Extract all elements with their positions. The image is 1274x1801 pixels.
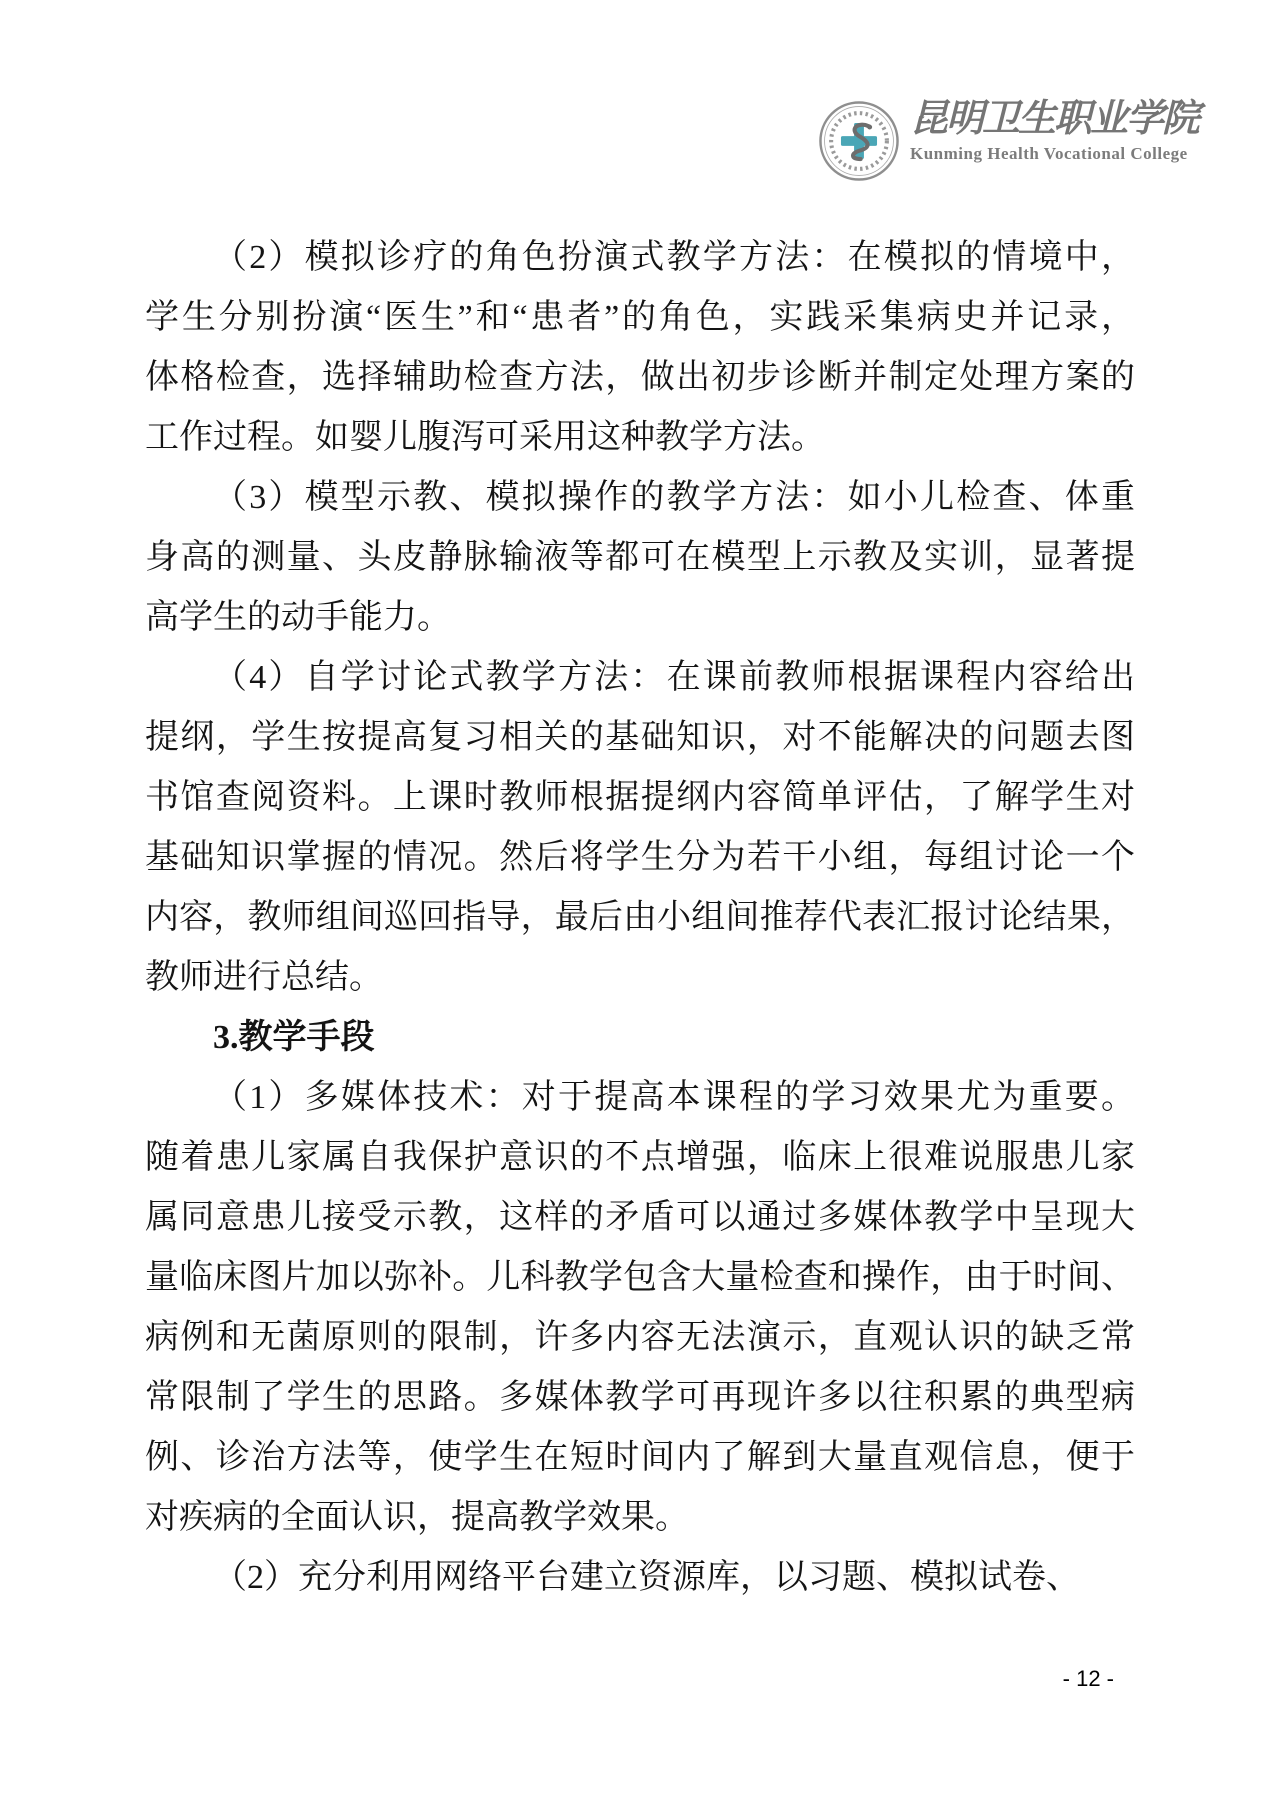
- text-line: 书馆查阅资料。上课时教师根据提纲内容简单评估，了解学生对: [145, 768, 1135, 828]
- text-line: 体格检查，选择辅助检查方法，做出初步诊断并制定处理方案的: [145, 348, 1135, 408]
- text-line: （2）充分利用网络平台建立资源库，以习题、模拟试卷、: [145, 1548, 1135, 1608]
- text-line: 常限制了学生的思路。多媒体教学可再现许多以往积累的典型病: [145, 1368, 1135, 1428]
- document-page: 昆明卫生职业学院 Kunming Health Vocational Colle…: [0, 0, 1274, 1801]
- college-header: 昆明卫生职业学院 Kunming Health Vocational Colle…: [818, 96, 1198, 182]
- document-body: （2）模拟诊疗的角色扮演式教学方法：在模拟的情境中，学生分别扮演“医生”和“患者…: [145, 228, 1135, 1608]
- text-line: 属同意患儿接受示教，这样的矛盾可以通过多媒体教学中呈现大: [145, 1188, 1135, 1248]
- college-name-en: Kunming Health Vocational College: [910, 144, 1198, 164]
- page-number: - 12 -: [1063, 1666, 1114, 1692]
- text-line: （3）模型示教、模拟操作的教学方法：如小儿检查、体重: [145, 468, 1135, 528]
- text-line: 例、诊治方法等，使学生在短时间内了解到大量直观信息，便于: [145, 1428, 1135, 1488]
- text-line: 3.教学手段: [145, 1008, 1135, 1068]
- college-name-block: 昆明卫生职业学院 Kunming Health Vocational Colle…: [910, 96, 1198, 164]
- text-line: （1）多媒体技术：对于提高本课程的学习效果尤为重要。: [145, 1068, 1135, 1128]
- text-line: （2）模拟诊疗的角色扮演式教学方法：在模拟的情境中，: [145, 228, 1135, 288]
- text-line: 教师进行总结。: [145, 948, 1135, 1008]
- college-seal-icon: [818, 100, 900, 182]
- text-line: 内容，教师组间巡回指导，最后由小组间推荐代表汇报讨论结果，: [145, 888, 1135, 948]
- text-line: 随着患儿家属自我保护意识的不点增强，临床上很难说服患儿家: [145, 1128, 1135, 1188]
- text-line: （4）自学讨论式教学方法：在课前教师根据课程内容给出: [145, 648, 1135, 708]
- text-line: 高学生的动手能力。: [145, 588, 1135, 648]
- college-name-zh: 昆明卫生职业学院: [910, 96, 1198, 142]
- text-line: 基础知识掌握的情况。然后将学生分为若干小组，每组讨论一个: [145, 828, 1135, 888]
- text-line: 学生分别扮演“医生”和“患者”的角色，实践采集病史并记录，: [145, 288, 1135, 348]
- text-line: 量临床图片加以弥补。儿科教学包含大量检查和操作，由于时间、: [145, 1248, 1135, 1308]
- text-line: 身高的测量、头皮静脉输液等都可在模型上示教及实训，显著提: [145, 528, 1135, 588]
- text-line: 提纲，学生按提高复习相关的基础知识，对不能解决的问题去图: [145, 708, 1135, 768]
- text-line: 对疾病的全面认识，提高教学效果。: [145, 1488, 1135, 1548]
- text-line: 病例和无菌原则的限制，许多内容无法演示，直观认识的缺乏常: [145, 1308, 1135, 1368]
- text-line: 工作过程。如婴儿腹泻可采用这种教学方法。: [145, 408, 1135, 468]
